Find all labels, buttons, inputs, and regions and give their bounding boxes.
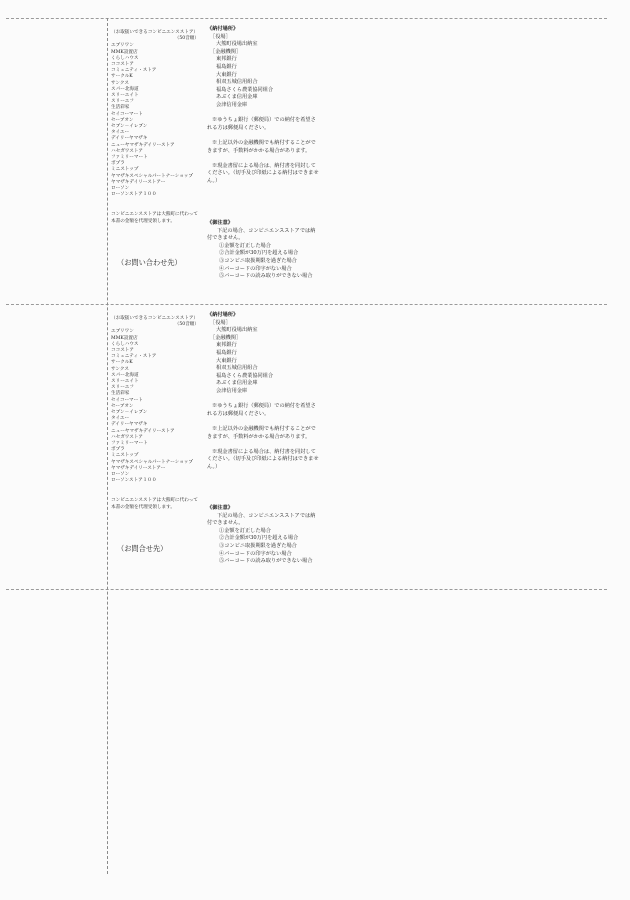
bank-item: あぶくま信用金庫 <box>207 94 319 102</box>
bank-item: 福島銀行 <box>207 64 319 72</box>
other-banks-note: ※上記以外の金融機関でも納付することができますが、手数料がかかる場合があります。 <box>207 140 319 155</box>
cut-line-bottom <box>6 589 607 590</box>
convenience-store-panel: （お取扱いできるコンビニエンスストア） （50音順） エブリワン MMK設置店 … <box>111 30 199 229</box>
office-name: 大熊町役場出納室 <box>207 327 319 335</box>
order-note: （50音順） <box>111 36 199 42</box>
caution-item: ⑤バーコードの読み取りができない場合 <box>219 558 319 566</box>
office-name: 大熊町役場出納室 <box>207 41 319 49</box>
caution-item: ②合計金額が30万円を超える場合 <box>219 250 319 258</box>
payment-places-heading: 《納付場所》 <box>207 312 319 320</box>
other-banks-note: ※上記以外の金融機関でも納付することができますが、手数料がかかる場合があります。 <box>207 426 319 441</box>
caution-item: ⑤バーコードの読み取りができない場合 <box>219 273 319 281</box>
cut-line-top <box>6 18 607 19</box>
registered-mail-note: ※現金書留による場合は、納付書を同封してください。（切手及び印紙による納付はでき… <box>207 449 319 472</box>
cautions-intro: 下記の場合、コンビニエンスストアでは納付できません。 <box>207 228 319 243</box>
bank-item: 会津信用金庫 <box>207 102 319 110</box>
bank-item: 福島銀行 <box>207 350 319 358</box>
caution-list: ①金額を訂正した場合 ②合計金額が30万円を超える場合 ③コンビニ取扱期限を過ぎ… <box>207 243 319 281</box>
store-item: ローソンストア１００ <box>111 478 199 484</box>
payment-info-panel: 《納付場所》 ［役場］ 大熊町役場出納室 ［金融機関］ 東邦銀行 福島銀行 大東… <box>207 312 319 471</box>
cut-line-vertical <box>107 18 108 874</box>
bank-item: 相双五城信用組合 <box>207 79 319 87</box>
store-list: エブリワン MMK設置店 くらしハウス ココストア コミュニティ・ストア サーク… <box>111 329 199 484</box>
convenience-store-panel: （お取扱いできるコンビニエンスストア） （50音順） エブリワン MMK設置店 … <box>111 316 199 515</box>
bank-item: 東邦銀行 <box>207 56 319 64</box>
cautions-panel: 《御注意》 下記の場合、コンビニエンスストアでは納付できません。 ①金額を訂正し… <box>207 505 319 566</box>
registered-mail-note: ※現金書留による場合は、納付書を同封してください。（切手及び印紙による納付はでき… <box>207 163 319 186</box>
caution-item: ③コンビニ取扱期限を過ぎた場合 <box>219 258 319 266</box>
agent-note: コンビニエンスストアは大熊町に代わって本書の金額を代理受領します。 <box>111 498 199 510</box>
bank-item: 東邦銀行 <box>207 342 319 350</box>
bank-item: 会津信用金庫 <box>207 388 319 396</box>
order-note: （50音順） <box>111 322 199 328</box>
store-item: ヤマザキスペシャルパートナーショップ <box>111 460 199 466</box>
caution-item: ③コンビニ取扱期限を過ぎた場合 <box>219 543 319 551</box>
cut-line-middle <box>6 304 607 305</box>
post-office-note: ※ゆうちょ銀行（郵便局）での納付を希望される方は郵便局ください。 <box>207 117 319 132</box>
payment-info-panel: 《納付場所》 ［役場］ 大熊町役場出納室 ［金融機関］ 東邦銀行 福島銀行 大東… <box>207 26 319 185</box>
cautions-intro: 下記の場合、コンビニエンスストアでは納付できません。 <box>207 513 319 528</box>
cautions-heading: 《御注意》 <box>207 505 319 513</box>
caution-item: ②合計金額が30万円を超える場合 <box>219 535 319 543</box>
post-office-note: ※ゆうちょ銀行（郵便局）での納付を希望される方は郵便局ください。 <box>207 403 319 418</box>
caution-list: ①金額を訂正した場合 ②合計金額が30万円を超える場合 ③コンビニ取扱期限を過ぎ… <box>207 528 319 566</box>
inquiry-label: （お問合せ先） <box>117 544 167 554</box>
store-list: エブリワン MMK設置店 くらしハウス ココストア コミュニティ・ストア サーク… <box>111 43 199 198</box>
cautions-panel: 《御注意》 下記の場合、コンビニエンスストアでは納付できません。 ①金額を訂正し… <box>207 220 319 281</box>
store-item: ヤマザキスペシャルパートナーショップ <box>111 174 199 180</box>
agent-note: コンビニエンスストアは大熊町に代わって本書の金額を代理受領します。 <box>111 212 199 224</box>
payment-places-heading: 《納付場所》 <box>207 26 319 34</box>
bank-item: あぶくま信用金庫 <box>207 380 319 388</box>
cautions-heading: 《御注意》 <box>207 220 319 228</box>
inquiry-label: （お問い合わせ先） <box>117 258 182 268</box>
store-item: ローソンストア１００ <box>111 192 199 198</box>
bank-item: 相双五城信用組合 <box>207 365 319 373</box>
